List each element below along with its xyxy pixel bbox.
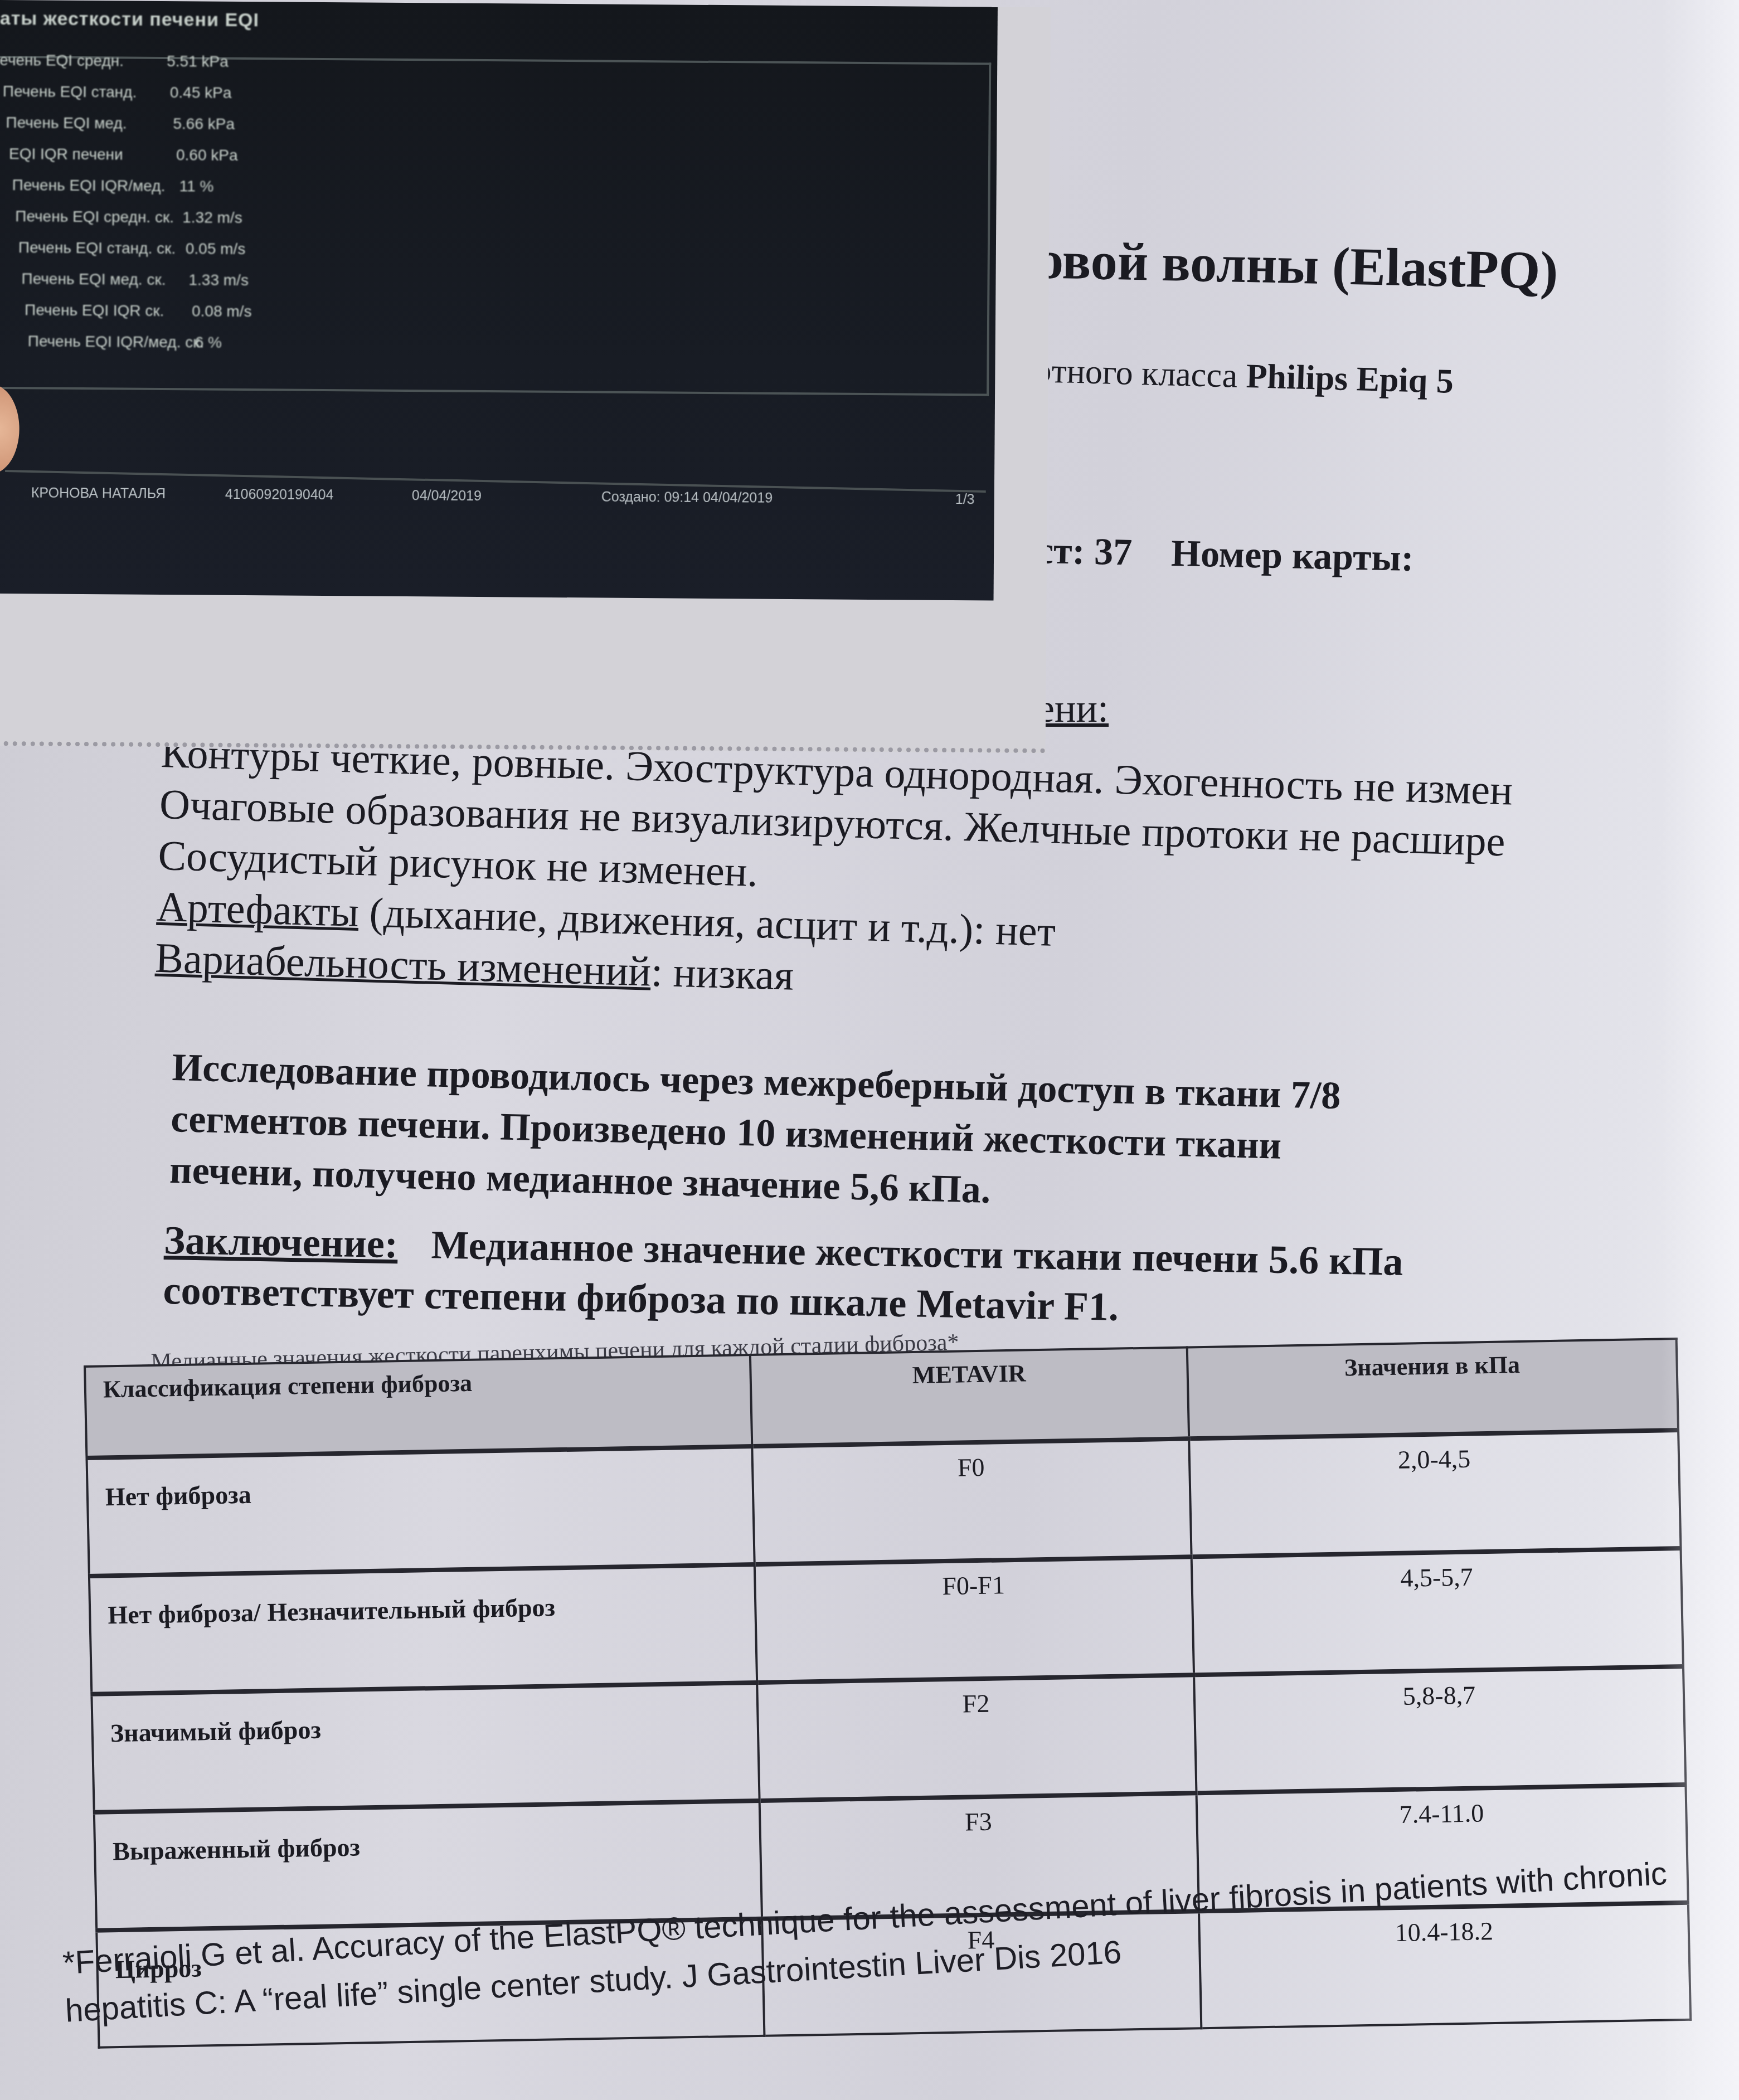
measurement-value: 1.33 m/s <box>188 271 249 289</box>
measurement-value: 5.66 kPa <box>173 115 235 133</box>
patient-id: 41060920190404 <box>225 487 334 503</box>
device-name: Philips Epiq 5 <box>1246 357 1454 401</box>
measurement-label: ечень EQI средн. <box>0 51 167 70</box>
measurement-value: 11 % <box>179 177 214 195</box>
device-prefix: этного класса <box>1036 352 1246 395</box>
measurement-label: Печень EQI IQR ск. <box>25 301 192 320</box>
liver-description: Контуры четкие, ровные. Эхоструктура одн… <box>154 727 1739 1029</box>
measurement-row: EQI IQR печени0.60 kPa <box>9 145 238 164</box>
liver-section-heading: ени: <box>1037 686 1109 732</box>
measurement-value: 5.51 kPa <box>167 52 229 71</box>
cell-metavir: F2 <box>757 1675 1196 1801</box>
exam-date: 04/04/2019 <box>412 488 482 504</box>
conclusion-label: Заключение: <box>164 1218 399 1266</box>
measurement-value: 0.45 kPa <box>170 84 232 102</box>
cell-classification: Значимый фиброз <box>91 1683 759 1812</box>
measurement-label: EQI IQR печени <box>9 145 176 164</box>
header-classification: Классификация степени фиброза <box>85 1355 752 1458</box>
cell-classification: Нет фиброза <box>86 1446 754 1576</box>
variability-label: Вариабельность изменений <box>154 935 652 995</box>
measurement-label: Печень EQI станд. <box>3 82 170 101</box>
measurement-label: Печень EQI мед. ск. <box>21 270 188 289</box>
measurement-row: Печень EQI средн. ск.1.32 m/s <box>15 207 242 227</box>
cell-classification: Нет фиброза/ Незначительный фиброз <box>89 1564 757 1694</box>
measurement-row: Печень EQI станд.0.45 kPa <box>3 82 232 102</box>
card-number-label: Номер карты: <box>1170 532 1414 579</box>
variability-value: : низкая <box>650 949 794 999</box>
conclusion: Заключение:Медианное значение жесткости … <box>163 1215 1403 1337</box>
page-indicator: 1/3 <box>955 492 975 508</box>
header-metavir: METAVIR <box>750 1347 1189 1446</box>
report-title: овой волны (ElastPQ) <box>1036 229 1559 302</box>
created-timestamp: Создано: 09:14 04/04/2019 <box>601 489 773 507</box>
patient-name: КРОНОВА НАТАЛЬЯ <box>31 485 166 502</box>
cell-metavir: F0 <box>752 1438 1191 1564</box>
measurement-row: Печень EQI IQR/мед.11 % <box>12 176 214 196</box>
measurement-row: ечень EQI средн.5.51 kPa <box>0 51 229 71</box>
measurement-value: 0.05 m/s <box>186 240 246 258</box>
measurement-value: 1.32 m/s <box>182 208 242 227</box>
cell-kpa: 4,5-5,7 <box>1192 1548 1683 1675</box>
cell-metavir: F0-F1 <box>755 1557 1194 1683</box>
measurements-title: аты жесткости печени EQI <box>0 8 259 31</box>
measurement-label: Печень EQI IQR/мед. ск. <box>28 332 195 351</box>
measurement-value: 0.08 m/s <box>192 302 252 320</box>
measurement-row: Печень EQI IQR/мед. ск.6 % <box>28 332 222 351</box>
ultrasound-screen: аты жесткости печени EQI ечень EQI средн… <box>0 0 998 600</box>
patient-info-line: ст: 37Номер карты: <box>1036 528 1414 580</box>
light-glare <box>1661 0 1739 2100</box>
header-kpa: Значения в кПа <box>1187 1339 1678 1438</box>
measurement-row: Печень EQI станд. ск.0.05 m/s <box>18 239 246 258</box>
patient-age: ст: 37 <box>1036 529 1133 573</box>
measurement-label: Печень EQI IQR/мед. <box>12 176 179 195</box>
measurement-label: Печень EQI мед. <box>6 114 173 133</box>
device-line: этного класса Philips Epiq 5 <box>1036 351 1454 402</box>
measurement-value: 0.60 kPa <box>176 146 238 164</box>
measurement-label: Печень EQI средн. ск. <box>15 207 182 226</box>
cell-kpa: 5,8-8,7 <box>1194 1666 1685 1793</box>
measurement-label: Печень EQI станд. ск. <box>18 239 186 257</box>
measurement-value: 6 % <box>195 333 222 351</box>
measurement-row: Печень EQI мед. ск.1.33 m/s <box>21 270 249 289</box>
study-findings: Исследование проводилось через межреберн… <box>169 1042 1341 1224</box>
measurement-row: Печень EQI мед.5.66 kPa <box>6 114 235 133</box>
cell-kpa: 2,0-4,5 <box>1189 1430 1680 1557</box>
ultrasound-printout: аты жесткости печени EQI ечень EQI средн… <box>0 0 1051 753</box>
artifacts-label: Артефакты <box>156 883 360 936</box>
measurement-row: Печень EQI IQR ск.0.08 m/s <box>25 301 252 320</box>
